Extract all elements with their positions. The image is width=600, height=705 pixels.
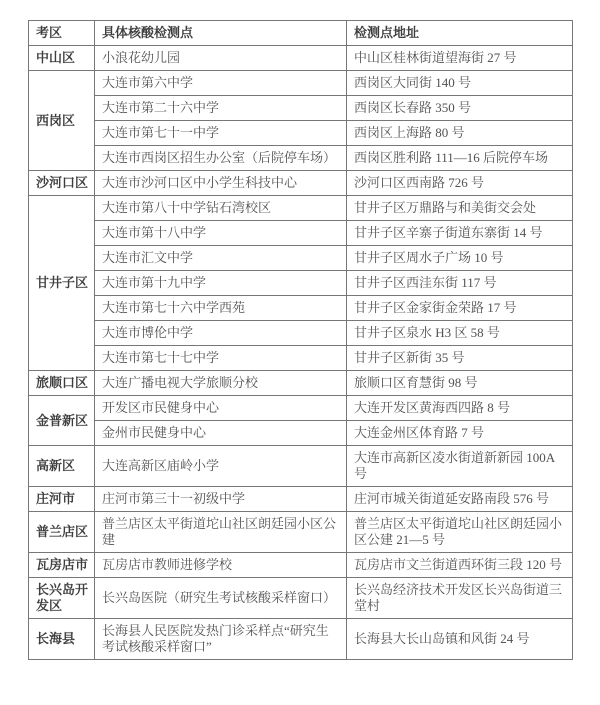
- site-cell: 普兰店区太平街道坨山社区朗廷园小区公建: [95, 512, 347, 553]
- district-cell: 金普新区: [29, 396, 95, 446]
- table-row: 庄河市庄河市第三十一初级中学庄河市城关街道延安路南段 576 号: [29, 487, 573, 512]
- site-cell: 大连高新区庙岭小学: [95, 446, 347, 487]
- address-cell: 瓦房店市文兰街道西环街三段 120 号: [347, 553, 573, 578]
- district-cell: 长兴岛开发区: [29, 578, 95, 619]
- district-cell: 旅顺口区: [29, 371, 95, 396]
- header-row: 考区 具体核酸检测点 检测点地址: [29, 21, 573, 46]
- district-cell: 甘井子区: [29, 196, 95, 371]
- site-cell: 大连市博伦中学: [95, 321, 347, 346]
- site-cell: 大连广播电视大学旅顺分校: [95, 371, 347, 396]
- table-row: 普兰店区普兰店区太平街道坨山社区朗廷园小区公建普兰店区太平街道坨山社区朗廷园小区…: [29, 512, 573, 553]
- site-cell: 大连市西岗区招生办公室（后院停车场）: [95, 146, 347, 171]
- table-row: 大连市第二十六中学西岗区长春路 350 号: [29, 96, 573, 121]
- site-cell: 长海县人民医院发热门诊采样点“研究生考试核酸采样窗口”: [95, 619, 347, 660]
- site-cell: 大连市第十九中学: [95, 271, 347, 296]
- district-cell: 普兰店区: [29, 512, 95, 553]
- table-row: 西岗区大连市第六中学西岗区大同街 140 号: [29, 71, 573, 96]
- table-row: 大连市第七十六中学西苑甘井子区金家街金荣路 17 号: [29, 296, 573, 321]
- site-cell: 大连市沙河口区中小学生科技中心: [95, 171, 347, 196]
- site-cell: 大连市第十八中学: [95, 221, 347, 246]
- site-cell: 大连市第七十七中学: [95, 346, 347, 371]
- table-row: 大连市第十九中学甘井子区西洼东街 117 号: [29, 271, 573, 296]
- site-cell: 大连市第七十一中学: [95, 121, 347, 146]
- table-row: 甘井子区大连市第八十中学钻石湾校区甘井子区万鼎路与和美街交会处: [29, 196, 573, 221]
- table-row: 大连市第七十一中学西岗区上海路 80 号: [29, 121, 573, 146]
- table-row: 金州市民健身中心大连金州区体育路 7 号: [29, 421, 573, 446]
- address-cell: 大连市高新区凌水街道新新园 100A 号: [347, 446, 573, 487]
- table-row: 中山区小浪花幼儿园中山区桂林街道望海街 27 号: [29, 46, 573, 71]
- table-body: 中山区小浪花幼儿园中山区桂林街道望海街 27 号西岗区大连市第六中学西岗区大同街…: [29, 46, 573, 660]
- address-cell: 甘井子区万鼎路与和美街交会处: [347, 196, 573, 221]
- site-cell: 长兴岛医院（研究生考试核酸采样窗口）: [95, 578, 347, 619]
- site-cell: 大连市第八十中学钻石湾校区: [95, 196, 347, 221]
- address-cell: 西岗区大同街 140 号: [347, 71, 573, 96]
- address-cell: 中山区桂林街道望海街 27 号: [347, 46, 573, 71]
- table-row: 瓦房店市瓦房店市教师进修学校瓦房店市文兰街道西环街三段 120 号: [29, 553, 573, 578]
- column-header-district: 考区: [29, 21, 95, 46]
- column-header-site: 具体核酸检测点: [95, 21, 347, 46]
- table-row: 旅顺口区大连广播电视大学旅顺分校旅顺口区育慧街 98 号: [29, 371, 573, 396]
- address-cell: 西岗区胜利路 111—16 后院停车场: [347, 146, 573, 171]
- address-cell: 大连开发区黄海西四路 8 号: [347, 396, 573, 421]
- address-cell: 西岗区上海路 80 号: [347, 121, 573, 146]
- table-row: 大连市第十八中学甘井子区辛寨子街道东寨街 14 号: [29, 221, 573, 246]
- column-header-address: 检测点地址: [347, 21, 573, 46]
- address-cell: 甘井子区西洼东街 117 号: [347, 271, 573, 296]
- address-cell: 沙河口区西南路 726 号: [347, 171, 573, 196]
- table-row: 长海县长海县人民医院发热门诊采样点“研究生考试核酸采样窗口”长海县大长山岛镇和风…: [29, 619, 573, 660]
- address-cell: 旅顺口区育慧街 98 号: [347, 371, 573, 396]
- table-header: 考区 具体核酸检测点 检测点地址: [29, 21, 573, 46]
- table-row: 高新区大连高新区庙岭小学大连市高新区凌水街道新新园 100A 号: [29, 446, 573, 487]
- district-cell: 西岗区: [29, 71, 95, 171]
- address-cell: 西岗区长春路 350 号: [347, 96, 573, 121]
- address-cell: 甘井子区辛寨子街道东寨街 14 号: [347, 221, 573, 246]
- table-row: 大连市汇文中学甘井子区周水子广场 10 号: [29, 246, 573, 271]
- address-cell: 普兰店区太平街道坨山社区朗廷园小区公建 21—5 号: [347, 512, 573, 553]
- site-cell: 大连市第七十六中学西苑: [95, 296, 347, 321]
- table-row: 沙河口区大连市沙河口区中小学生科技中心沙河口区西南路 726 号: [29, 171, 573, 196]
- table-row: 大连市西岗区招生办公室（后院停车场）西岗区胜利路 111—16 后院停车场: [29, 146, 573, 171]
- site-cell: 大连市第六中学: [95, 71, 347, 96]
- district-cell: 瓦房店市: [29, 553, 95, 578]
- district-cell: 庄河市: [29, 487, 95, 512]
- site-cell: 开发区市民健身中心: [95, 396, 347, 421]
- district-cell: 沙河口区: [29, 171, 95, 196]
- table-row: 金普新区开发区市民健身中心大连开发区黄海西四路 8 号: [29, 396, 573, 421]
- address-cell: 长兴岛经济技术开发区长兴岛街道三堂村: [347, 578, 573, 619]
- site-cell: 金州市民健身中心: [95, 421, 347, 446]
- table-row: 大连市博伦中学甘井子区泉水 H3 区 58 号: [29, 321, 573, 346]
- site-cell: 瓦房店市教师进修学校: [95, 553, 347, 578]
- table-row: 大连市第七十七中学甘井子区新街 35 号: [29, 346, 573, 371]
- table-row: 长兴岛开发区长兴岛医院（研究生考试核酸采样窗口）长兴岛经济技术开发区长兴岛街道三…: [29, 578, 573, 619]
- address-cell: 甘井子区周水子广场 10 号: [347, 246, 573, 271]
- district-cell: 高新区: [29, 446, 95, 487]
- address-cell: 甘井子区金家街金荣路 17 号: [347, 296, 573, 321]
- document-page: 考区 具体核酸检测点 检测点地址 中山区小浪花幼儿园中山区桂林街道望海街 27 …: [0, 0, 600, 705]
- site-cell: 大连市汇文中学: [95, 246, 347, 271]
- address-cell: 大连金州区体育路 7 号: [347, 421, 573, 446]
- site-cell: 庄河市第三十一初级中学: [95, 487, 347, 512]
- address-cell: 庄河市城关街道延安路南段 576 号: [347, 487, 573, 512]
- testing-points-table: 考区 具体核酸检测点 检测点地址 中山区小浪花幼儿园中山区桂林街道望海街 27 …: [28, 20, 573, 660]
- district-cell: 长海县: [29, 619, 95, 660]
- address-cell: 甘井子区泉水 H3 区 58 号: [347, 321, 573, 346]
- address-cell: 长海县大长山岛镇和风街 24 号: [347, 619, 573, 660]
- site-cell: 小浪花幼儿园: [95, 46, 347, 71]
- address-cell: 甘井子区新街 35 号: [347, 346, 573, 371]
- site-cell: 大连市第二十六中学: [95, 96, 347, 121]
- district-cell: 中山区: [29, 46, 95, 71]
